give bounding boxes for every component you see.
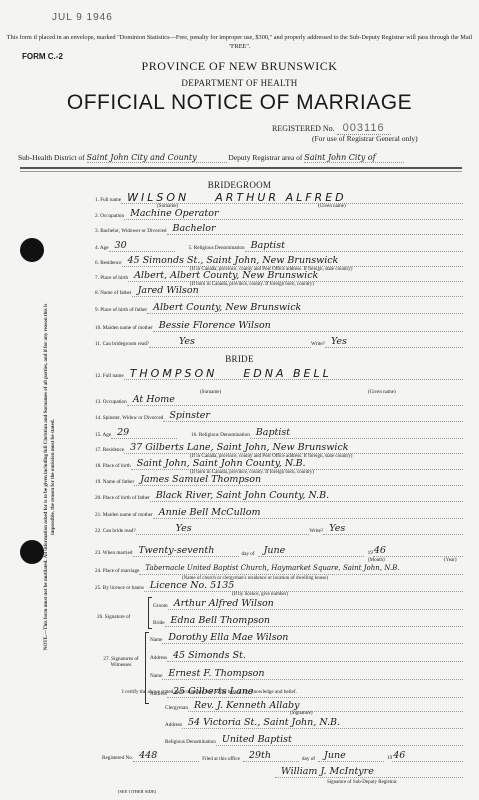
label: 8. Name of father <box>95 290 132 297</box>
value: Ernest F. Thompson <box>162 668 463 680</box>
value: Licence No. 5135 <box>144 580 463 592</box>
label: 12. Full name <box>95 373 124 380</box>
registered-label: REGISTERED No. <box>272 124 335 133</box>
value: 37 Gilberts Lane, Saint John, New Brunsw… <box>124 442 463 454</box>
label: Registered No. <box>102 755 133 762</box>
label: 15. Age <box>95 432 111 439</box>
clergyman-religion: Religious Denomination United Baptist <box>165 732 463 746</box>
label: Bride <box>153 620 165 627</box>
label: 7. Place of birth <box>95 275 128 282</box>
value: 54 Victoria St., Saint John, N.B. <box>182 717 463 729</box>
label: 14. Spinster, Widow or Divorced <box>95 415 163 422</box>
groom-signature: Groom Arthur Alfred Wilson <box>153 596 463 610</box>
groom-occupation: 2. Occupation Machine Operator <box>95 206 463 220</box>
label: 18. Place of birth <box>95 463 131 470</box>
bride-father-birthplace: 20. Place of birth of father Black River… <box>95 488 463 502</box>
label: 20. Place of birth of father <box>95 495 150 502</box>
mail-notice: This form if placed in an envelope, mark… <box>6 33 473 51</box>
bride-heading: BRIDE <box>0 354 479 364</box>
label: 23. When married <box>95 550 133 557</box>
province-heading: PROVINCE OF NEW BRUNSWICK <box>0 59 479 74</box>
witness-2-name: Name Ernest F. Thompson <box>150 666 463 680</box>
page-title: OFFICIAL NOTICE OF MARRIAGE <box>0 91 479 115</box>
witness-1-name: Name Dorothy Ella Mae Wilson <box>150 630 463 644</box>
write-value: Yes <box>323 523 463 535</box>
registrar-caption: Signature of Sub-Deputy Registrar. <box>327 780 398 785</box>
divider <box>20 167 462 172</box>
value: Tabernacle United Baptist Church, Haymar… <box>139 563 463 575</box>
bride-mother: 21. Maiden name of mother Annie Bell McC… <box>95 505 463 519</box>
see-other-side: [SEE OTHER SIDE] <box>118 789 156 794</box>
value: Saint John, Saint John County, N.B. <box>131 458 463 470</box>
label: 3. Bachelor, Widower or Divorced <box>95 228 167 235</box>
side-note: NOTE.—This form must not be mutilated. A… <box>43 297 57 657</box>
label: 19 <box>364 550 373 557</box>
bride-signature: Bride Edna Bell Thompson <box>153 613 463 627</box>
bride-occupation: 13. Occupation At Home <box>95 392 463 406</box>
value: James Samuel Thompson <box>134 474 463 486</box>
value: Black River, Saint John County, N.B. <box>150 490 463 502</box>
district-value: Saint John City and County <box>87 153 227 163</box>
value: 45 Simonds St. <box>167 650 463 662</box>
signature-label: 26. Signature of <box>97 614 130 620</box>
bride-father: 19. Name of father James Samuel Thompson <box>95 472 463 486</box>
groom-status: 3. Bachelor, Widower or Divorced Bachelo… <box>95 221 463 235</box>
value: William J. McIntyre <box>275 766 463 778</box>
bridegroom-heading: BRIDEGROOM <box>0 180 479 190</box>
value: Jared Wilson <box>132 285 463 297</box>
month-value: June <box>318 750 384 762</box>
value: 45 Simonds St., Saint John, New Brunswic… <box>122 255 463 267</box>
value: Machine Operator <box>124 208 463 220</box>
label: Filed at this office <box>199 756 243 762</box>
given-name-value: ARTHUR ALFRED <box>215 192 346 204</box>
label: 1. Full name <box>95 197 121 204</box>
read-value: Yes <box>149 336 311 348</box>
day-value: Twenty-seventh <box>133 545 239 557</box>
label: 9. Place of birth of father <box>95 307 147 314</box>
label: Address <box>165 722 182 729</box>
label: day of <box>299 756 318 762</box>
value: Bessie Florence Wilson <box>153 320 463 332</box>
clergyman-signature: Clergyman Rev. J. Kenneth Allaby <box>165 698 463 712</box>
religion-value: Baptist <box>250 427 463 439</box>
value: Albert County, New Brunswick <box>147 302 463 314</box>
value: Albert, Albert County, New Brunswick <box>128 270 463 282</box>
bride-residence: 17. Residence 37 Gilberts Lane, Saint Jo… <box>95 440 463 454</box>
registered-number: REGISTERED No. 003116 <box>272 122 391 134</box>
witnesses-label: 27. Signatures of Witnesses <box>97 656 145 668</box>
registrar-note: (For use of Registrar General only) <box>312 134 418 143</box>
label: Religious Denomination <box>165 739 216 746</box>
label: 2. Occupation <box>95 213 124 220</box>
month-value: June <box>258 545 364 557</box>
religion-value: Baptist <box>245 240 463 252</box>
groom-age-religion: 4. Age 30 5. Religious Denomination Bapt… <box>95 238 463 252</box>
label: Write? <box>311 341 325 348</box>
year-value: 46 <box>392 750 463 762</box>
marriage-date: 23. When married Twenty-seventh day of J… <box>95 543 463 557</box>
label: 24. Place of marriage <box>95 568 139 575</box>
deputy-area-value: Saint John City of <box>304 153 404 163</box>
groom-birthplace: 7. Place of birth Albert, Albert County,… <box>95 268 463 282</box>
label: Name <box>150 673 162 680</box>
label: 22. Can bride read? <box>95 528 136 535</box>
label: Name <box>150 637 162 644</box>
age-value: 29 <box>111 427 177 439</box>
value: Arthur Alfred Wilson <box>168 598 463 610</box>
bride-birthplace: 18. Place of birth Saint John, Saint Joh… <box>95 456 463 470</box>
label: 21. Maiden name of mother <box>95 512 153 519</box>
label: 19. Name of father <box>95 479 134 486</box>
groom-full-name: 1. Full name WILSON ARTHUR ALFRED <box>95 190 463 204</box>
registrar-signature: William J. McIntyre <box>275 764 463 778</box>
label: 5. Religious Denomination <box>175 245 245 252</box>
surname-value: THOMPSON <box>130 368 218 380</box>
marriage-place: 24. Place of marriage Tabernacle United … <box>95 561 463 575</box>
label: day of <box>239 551 258 557</box>
label: 25. By licence or banns <box>95 585 144 592</box>
bride-full-name: 12. Full name THOMPSON EDNA BELL <box>95 366 463 380</box>
label: 6. Residence <box>95 260 122 267</box>
value: At Home <box>127 394 463 406</box>
groom-residence: 6. Residence 45 Simonds St., Saint John,… <box>95 253 463 267</box>
district-line: Sub-Health District of Saint John City a… <box>18 153 404 163</box>
groom-father-birthplace: 9. Place of birth of father Albert Count… <box>95 300 463 314</box>
write-value: Yes <box>325 336 463 348</box>
day-value: 29th <box>243 750 299 762</box>
district-label: Sub-Health District of <box>18 153 85 162</box>
label: 19 <box>384 755 392 762</box>
filing-line: Registered No. 448 Filed at this office … <box>102 748 463 762</box>
value: Edna Bell Thompson <box>165 615 463 627</box>
bride-status: 14. Spinster, Widow or Divorced Spinster <box>95 408 463 422</box>
witness-1-address: Address 45 Simonds St. <box>150 648 463 662</box>
bride-name: THOMPSON EDNA BELL <box>124 368 463 380</box>
clergyman-address: Address 54 Victoria St., Saint John, N.B… <box>165 715 463 729</box>
date-stamp: JUL 9 1946 <box>52 12 113 23</box>
label: 4. Age <box>95 245 109 252</box>
groom-surname: WILSON ARTHUR ALFRED <box>121 192 463 204</box>
marriage-licence: 25. By licence or banns Licence No. 5135 <box>95 578 463 592</box>
registered-value: 448 <box>133 750 199 762</box>
label: 10. Maiden name of mother <box>95 325 153 332</box>
punch-hole <box>20 238 44 262</box>
value: Bachelor <box>167 223 463 235</box>
label: Address <box>150 655 167 662</box>
label: Write? <box>309 528 323 535</box>
label: 16. Religious Denomination <box>177 432 250 439</box>
groom-mother: 10. Maiden name of mother Bessie Florenc… <box>95 318 463 332</box>
bride-literacy: 22. Can bride read? Yes Write? Yes <box>95 521 463 535</box>
given-name-value: EDNA BELL <box>243 368 331 380</box>
value: Spinster <box>163 410 463 422</box>
groom-father: 8. Name of father Jared Wilson <box>95 283 463 297</box>
read-value: Yes <box>136 523 310 535</box>
label: 17. Residence <box>95 447 124 454</box>
certification-statement: I certify the above stated particulars a… <box>122 689 297 695</box>
value: Dorothy Ella Mae Wilson <box>162 632 463 644</box>
label: Groom <box>153 603 168 610</box>
label: Clergyman <box>165 705 188 712</box>
deputy-area-label: Deputy Registrar area of <box>228 153 302 162</box>
value: Annie Bell McCullom <box>153 507 463 519</box>
label: 13. Occupation <box>95 399 127 406</box>
bride-age-religion: 15. Age 29 16. Religious Denomination Ba… <box>95 425 463 439</box>
label: 11. Can bridegroom read? <box>95 341 149 348</box>
groom-literacy: 11. Can bridegroom read? Yes Write? Yes <box>95 334 463 348</box>
value: United Baptist <box>216 734 463 746</box>
surname-value: WILSON <box>127 192 189 204</box>
value: Rev. J. Kenneth Allaby <box>188 700 463 712</box>
punch-hole <box>20 540 44 564</box>
year-value: 46 <box>373 545 463 557</box>
age-value: 30 <box>109 240 175 252</box>
department-heading: DEPARTMENT OF HEALTH <box>0 78 479 88</box>
brace <box>148 597 152 629</box>
